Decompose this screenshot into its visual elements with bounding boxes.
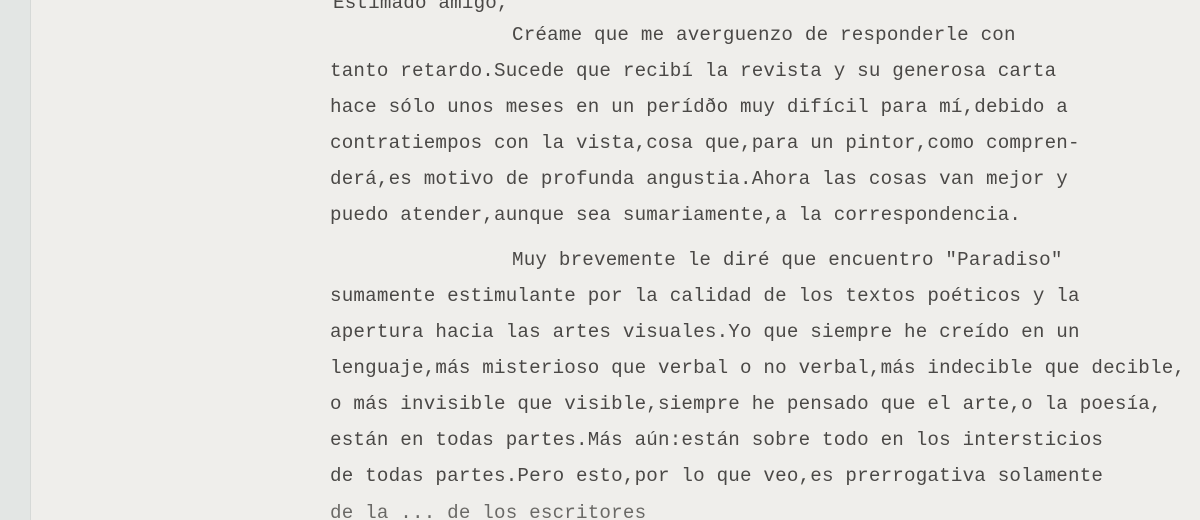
paragraph-1-line-1: Créame que me averguenzo de responderle … [512, 26, 1016, 45]
paragraph-1-line-4: contratiempos con la vista,cosa que,para… [330, 134, 1080, 153]
partial-bottom-line: de la ... de los escritores [330, 504, 646, 520]
paragraph-2-line-3: apertura hacia las artes visuales.Yo que… [330, 323, 1080, 342]
paragraph-1-line-2: tanto retardo.Sucede que recibí la revis… [330, 62, 1056, 81]
salutation: Estimado amigo, [333, 0, 509, 13]
paragraph-1-line-6: puedo atender,aunque sea sumariamente,a … [330, 206, 1021, 225]
scanned-letter: Estimado amigo, Créame que me averguenzo… [0, 0, 1200, 520]
paragraph-2-line-5: o más invisible que visible,siempre he p… [330, 395, 1162, 414]
paragraph-2-line-1: Muy brevemente le diré que encuentro "Pa… [512, 251, 1063, 270]
scan-edge-strip [0, 0, 31, 520]
paragraph-1-line-5: derá,es motivo de profunda angustia.Ahor… [330, 170, 1068, 189]
paragraph-2-line-2: sumamente estimulante por la calidad de … [330, 287, 1080, 306]
paragraph-1-line-3: hace sólo unos meses en un perídðo muy d… [330, 98, 1068, 117]
paragraph-2-line-7: de todas partes.Pero esto,por lo que veo… [330, 467, 1103, 486]
paragraph-2-line-6: están en todas partes.Más aún:están sobr… [330, 431, 1103, 450]
paragraph-2-line-4: lenguaje,más misterioso que verbal o no … [330, 359, 1185, 378]
